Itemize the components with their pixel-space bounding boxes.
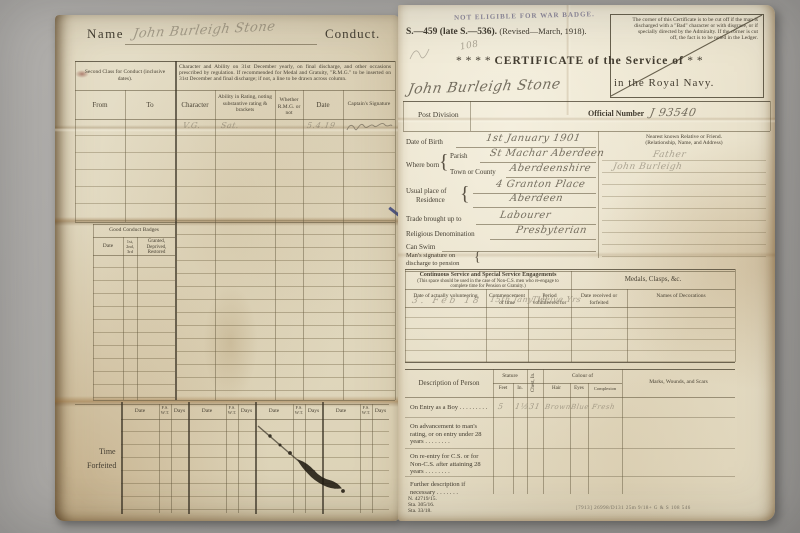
volunteering-entry: 3. Feb 18 <box>411 296 482 306</box>
name-handwritten: John Burleigh Stone <box>132 19 277 42</box>
entry-feet: 5 <box>497 402 504 411</box>
town-value: Aberdeenshire <box>509 163 592 174</box>
row-entry-label: On Entry as a Boy . . . . . . . . . <box>410 404 487 411</box>
time-forfeited-label-2: Forfeited <box>87 461 116 470</box>
inches-label: In. <box>513 386 527 391</box>
tf-col-fs: F.S. W.T. <box>293 406 305 415</box>
engagements-title: Continuous Service and Special Service E… <box>408 272 568 279</box>
gcb-col-status: Granted, Deprived, Restored <box>138 239 175 256</box>
tf-col-date: Date <box>188 408 226 415</box>
colour-of-label: Colour of <box>543 373 622 380</box>
parish-value: St Machar Aberdeen <box>489 148 605 159</box>
dob-value: 1st January 1901 <box>485 133 582 144</box>
religion-label: Religious Denomination <box>406 230 475 238</box>
residence-value-2: Aberdeen <box>509 193 564 204</box>
form-number: S.—459 (late S.—536). <box>406 27 497 37</box>
description-header: Description of Person <box>405 379 493 387</box>
service-record-right-page: NOT ELIGIBLE FOR WAR BADGE. S.—459 (late… <box>398 5 775 521</box>
tf-col-days: Days <box>171 408 188 415</box>
time-forfeited-label-1: Time <box>99 447 116 456</box>
tf-col-days: Days <box>305 408 322 415</box>
col-character: Character <box>175 101 215 109</box>
parish-label: Parish <box>450 152 468 160</box>
conduct-label: Conduct. <box>325 26 380 42</box>
tf-col-fs: F.S. W.T. <box>226 406 238 415</box>
complexion-label: Complexion <box>588 386 622 391</box>
reference-number: Sta. 33/18. <box>408 509 437 515</box>
revision-note: (Revised—March, 1918). <box>499 26 586 36</box>
service-record-left-page: Name John Burleigh Stone Conduct. Second… <box>55 15 400 521</box>
relative-value-1: Father <box>652 150 687 160</box>
official-number-label: Official Number <box>588 109 644 118</box>
captain-signature-scribble <box>345 119 393 135</box>
entry-eyes: Blue <box>570 403 589 411</box>
title-stars-left: * * * * <box>456 55 491 67</box>
engagements-subtitle: (This space should be used in the case o… <box>410 279 566 289</box>
town-label: Town or County <box>450 168 496 176</box>
war-badge-stamp: NOT ELIGIBLE FOR WAR BADGE. <box>454 10 595 22</box>
tf-col-fs: F.S. W.T. <box>360 406 372 415</box>
man-signature-label-1: Man's signature on <box>406 252 455 259</box>
official-number-value: J 93540 <box>649 106 698 119</box>
hair-label: Hair <box>543 386 570 391</box>
col-captains-signature: Captain's Signature <box>345 101 393 108</box>
character-note: Character and Ability on 31st December y… <box>179 64 391 82</box>
col-ability: Ability in Rating, noting substantive ra… <box>217 94 273 114</box>
entry-complexion: Fresh <box>591 403 615 411</box>
can-swim-label: Can Swim <box>406 243 435 251</box>
dob-label: Date of Birth <box>406 138 443 146</box>
row-reentry-label: On re-entry for C.S. or for Non-C.S. aft… <box>410 453 492 476</box>
tf-col-date: Date <box>121 408 159 415</box>
post-division-label: Post Division <box>418 111 459 119</box>
pencil-note: 108 <box>459 39 479 52</box>
col-date: Date <box>303 101 343 109</box>
ink-blot <box>240 420 375 505</box>
medals-title: Medals, Clasps, &c. <box>571 275 735 283</box>
tf-col-date: Date <box>255 408 293 415</box>
printer-imprint: [7913] 26998/D131 25m 9/18+ G & S 108 54… <box>576 506 691 511</box>
tf-col-days: Days <box>238 408 255 415</box>
second-class-header: Second Class for Conduct (inclusive date… <box>79 69 171 82</box>
period-entry: Twelve Yrs <box>531 295 582 304</box>
gcb-col-no: 1st, 2nd, 3rd <box>123 239 137 254</box>
stature-label: Stature <box>493 373 527 380</box>
residence-label-1: Usual place of <box>406 187 446 195</box>
title-stars-right: * * <box>687 55 703 67</box>
trade-value: Labourer <box>499 210 552 221</box>
col-decorations: Names of Decorations <box>629 293 733 300</box>
tf-col-days: Days <box>372 408 389 415</box>
gcb-col-date: Date <box>93 243 123 249</box>
entry-chest: 31 <box>528 402 541 411</box>
relative-value-2: John Burleigh <box>612 162 683 172</box>
row-further-label: Further description if necessary . . . .… <box>410 481 492 496</box>
scanned-document-photo: Name John Burleigh Stone Conduct. Second… <box>0 0 800 533</box>
residence-label-2: Residence <box>416 196 445 204</box>
chest-label: Chest, In. <box>531 373 536 392</box>
certificate-title: CERTIFICATE of the Service of <box>495 55 684 67</box>
royal-navy-line: in the Royal Navy. <box>614 77 714 89</box>
col-rmg: Whether R.M.G. or not <box>276 97 302 117</box>
trade-label: Trade brought up to <box>406 215 462 223</box>
religion-value: Presbyterian <box>515 225 588 236</box>
eyes-label: Eyes <box>570 386 588 391</box>
row-advancement-label: On advancement to man's rating, or on en… <box>410 423 492 446</box>
conduct-date-entry: 5.4.19 <box>306 121 336 130</box>
conduct-ability-entry: Sat. <box>220 121 240 130</box>
where-born-label: Where born <box>406 161 439 169</box>
feet-label: Feet <box>493 386 513 391</box>
good-conduct-badges-title: Good Conduct Badges <box>93 227 175 234</box>
pencil-scribble <box>406 39 446 65</box>
tf-col-fs: F.S. W.T. <box>159 406 171 415</box>
name-handwritten: John Burleigh Stone <box>407 76 562 97</box>
col-to: To <box>125 101 175 109</box>
man-signature-label-2: discharge to pension <box>406 260 459 267</box>
name-label: Name <box>87 26 124 42</box>
tf-col-date: Date <box>322 408 360 415</box>
corner-notice-text: The corner of this Certificate is to be … <box>632 17 758 41</box>
marks-label: Marks, Wounds, and Scars <box>622 379 735 386</box>
residence-value-1: 4 Granton Place <box>495 179 586 190</box>
entry-hair: Brown <box>544 403 571 411</box>
col-from: From <box>75 101 125 109</box>
relative-header-2: (Relationship, Name, and Address) <box>600 140 768 146</box>
conduct-character-entry: V.G. <box>182 121 201 130</box>
